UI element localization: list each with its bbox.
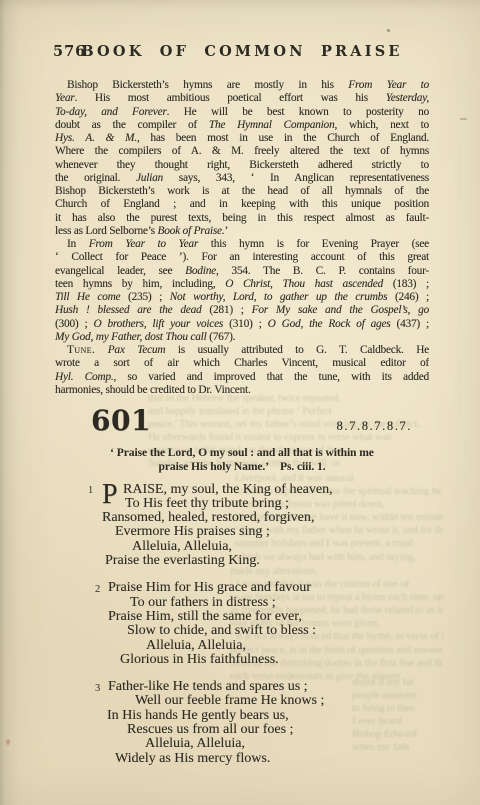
verse-line: RAISE, my soul, the King of heaven, xyxy=(88,483,429,497)
hymn-number: 601 xyxy=(91,404,151,437)
verse-line: Ransomed, healed, restored, forgiven, xyxy=(88,511,429,525)
note-line: teen hymns by him, including, O Christ, … xyxy=(55,278,429,291)
drop-cap: P xyxy=(102,481,118,509)
note-line: Hys. A. & M., has been most in use in th… xyxy=(55,132,429,145)
verse-number: 3 xyxy=(95,683,100,694)
hymn-header: 601 8.7.8.7.8.7. xyxy=(55,409,429,445)
epigraph: ‘ Praise the Lord, O my soul : and all t… xyxy=(55,446,429,474)
note-line: ‘ Collect for Peace ’). For an interesti… xyxy=(55,251,429,264)
running-title: BOOK OF COMMON PRAISE xyxy=(55,43,429,60)
verse-line: Alleluia, Alleluia, xyxy=(88,639,429,653)
note-line: harmonies, should be credited to Dr. Vin… xyxy=(55,384,429,397)
epigraph-line-1: ‘ Praise the Lord, O my soul : and all t… xyxy=(55,446,429,460)
text-column: 576 BOOK OF COMMON PRAISE Bishop Bickers… xyxy=(55,43,429,779)
scripture-reference: Ps. ciii. 1. xyxy=(280,460,326,473)
note-line: Hyl. Comp., so varied and improved that … xyxy=(55,371,429,384)
epigraph-line-2: praise His holy Name.’Ps. ciii. 1. xyxy=(55,460,429,474)
verse-number: 2 xyxy=(95,584,100,595)
verse-line: To our fathers in distress ; xyxy=(88,596,429,610)
paper-speck xyxy=(387,29,390,32)
notes-paragraph: Bishop Bickersteth’s hymns are mostly in… xyxy=(55,79,429,238)
note-line: wrote a sort of air which Charles Vincen… xyxy=(55,357,429,370)
verse-line: In His hands He gently bears us, xyxy=(88,709,429,723)
note-line: Tune. Pax Tecum is usually attributed to… xyxy=(55,344,429,357)
verse-line: Praise the everlasting King. xyxy=(88,554,429,568)
note-line: whenever they thought right, Bickersteth… xyxy=(55,159,429,172)
hymn-meter: 8.7.8.7.8.7. xyxy=(337,419,412,434)
page-header: 576 BOOK OF COMMON PRAISE xyxy=(55,43,429,60)
verse-line: Slow to chide, and swift to bless : xyxy=(88,624,429,638)
note-line: In From Year to Year this hymn is for Ev… xyxy=(55,238,429,251)
verse-number: 1 xyxy=(88,485,93,496)
notes-paragraph: In From Year to Year this hymn is for Ev… xyxy=(55,238,429,344)
page-number: 576 xyxy=(53,43,86,60)
note-line: it has also the purest texts, being in t… xyxy=(55,212,429,225)
note-line: evangelical leader, see Bodine, 354. The… xyxy=(55,265,429,278)
note-line: Bishop Bickersteth’s work is at the head… xyxy=(55,185,429,198)
note-line: Church of England ; and in keeping with … xyxy=(55,198,429,211)
verse-line: Widely as His mercy flows. xyxy=(88,752,429,766)
hymn-verse: 3Father-like He tends and spares us ;Wel… xyxy=(88,680,429,766)
hymn-verse: 2Praise Him for His grace and favourTo o… xyxy=(88,581,429,667)
verse-line: Rescues us from all our foes ; xyxy=(88,723,429,737)
note-line: less as Lord Selborne’s Book of Praise.’ xyxy=(55,225,429,238)
paper-speck xyxy=(6,739,10,745)
verse-line: Alleluia, Alleluia, xyxy=(88,540,429,554)
verse-line: Evermore His praises sing ; xyxy=(88,525,429,539)
notes-section: Bishop Bickersteth’s hymns are mostly in… xyxy=(55,79,429,397)
note-line: Year. His most ambitious poetical effort… xyxy=(55,92,429,105)
verse-line: Glorious in His faithfulness. xyxy=(88,653,429,667)
epigraph-text: praise His holy Name.’ xyxy=(158,460,269,473)
note-line: To-day, and Forever. He will be best kno… xyxy=(55,106,429,119)
verses-section: 1PRAISE, my soul, the King of heaven,To … xyxy=(55,483,429,766)
note-line: the original. Julian says, 343, ‘ In Ang… xyxy=(55,172,429,185)
note-line: My God, my Father, dost Thou call (767). xyxy=(55,331,429,344)
paper-speck xyxy=(460,118,467,120)
note-line: Where the compilers of A. & M. freely al… xyxy=(55,145,429,158)
note-line: Bishop Bickersteth’s hymns are mostly in… xyxy=(55,79,429,92)
note-line: doubt as the compiler of The Hymnal Comp… xyxy=(55,119,429,132)
verse-line: Praise Him for His grace and favour xyxy=(88,581,429,595)
note-line: Hush ! blessed are the dead (281) ; For … xyxy=(55,304,429,317)
note-line: (300) ; O brothers, lift your voices (31… xyxy=(55,318,429,331)
hymn-verse: 1PRAISE, my soul, the King of heaven,To … xyxy=(88,483,429,569)
verse-line: Alleluia, Alleluia, xyxy=(88,737,429,751)
book-page: that in the Hebrew the speaker, twice re… xyxy=(0,0,480,805)
notes-paragraph: Tune. Pax Tecum is usually attributed to… xyxy=(55,344,429,397)
verse-line: Well our feeble frame He knows ; xyxy=(88,694,429,708)
note-line: Till He come (235) ; Not worthy, Lord, t… xyxy=(55,291,429,304)
